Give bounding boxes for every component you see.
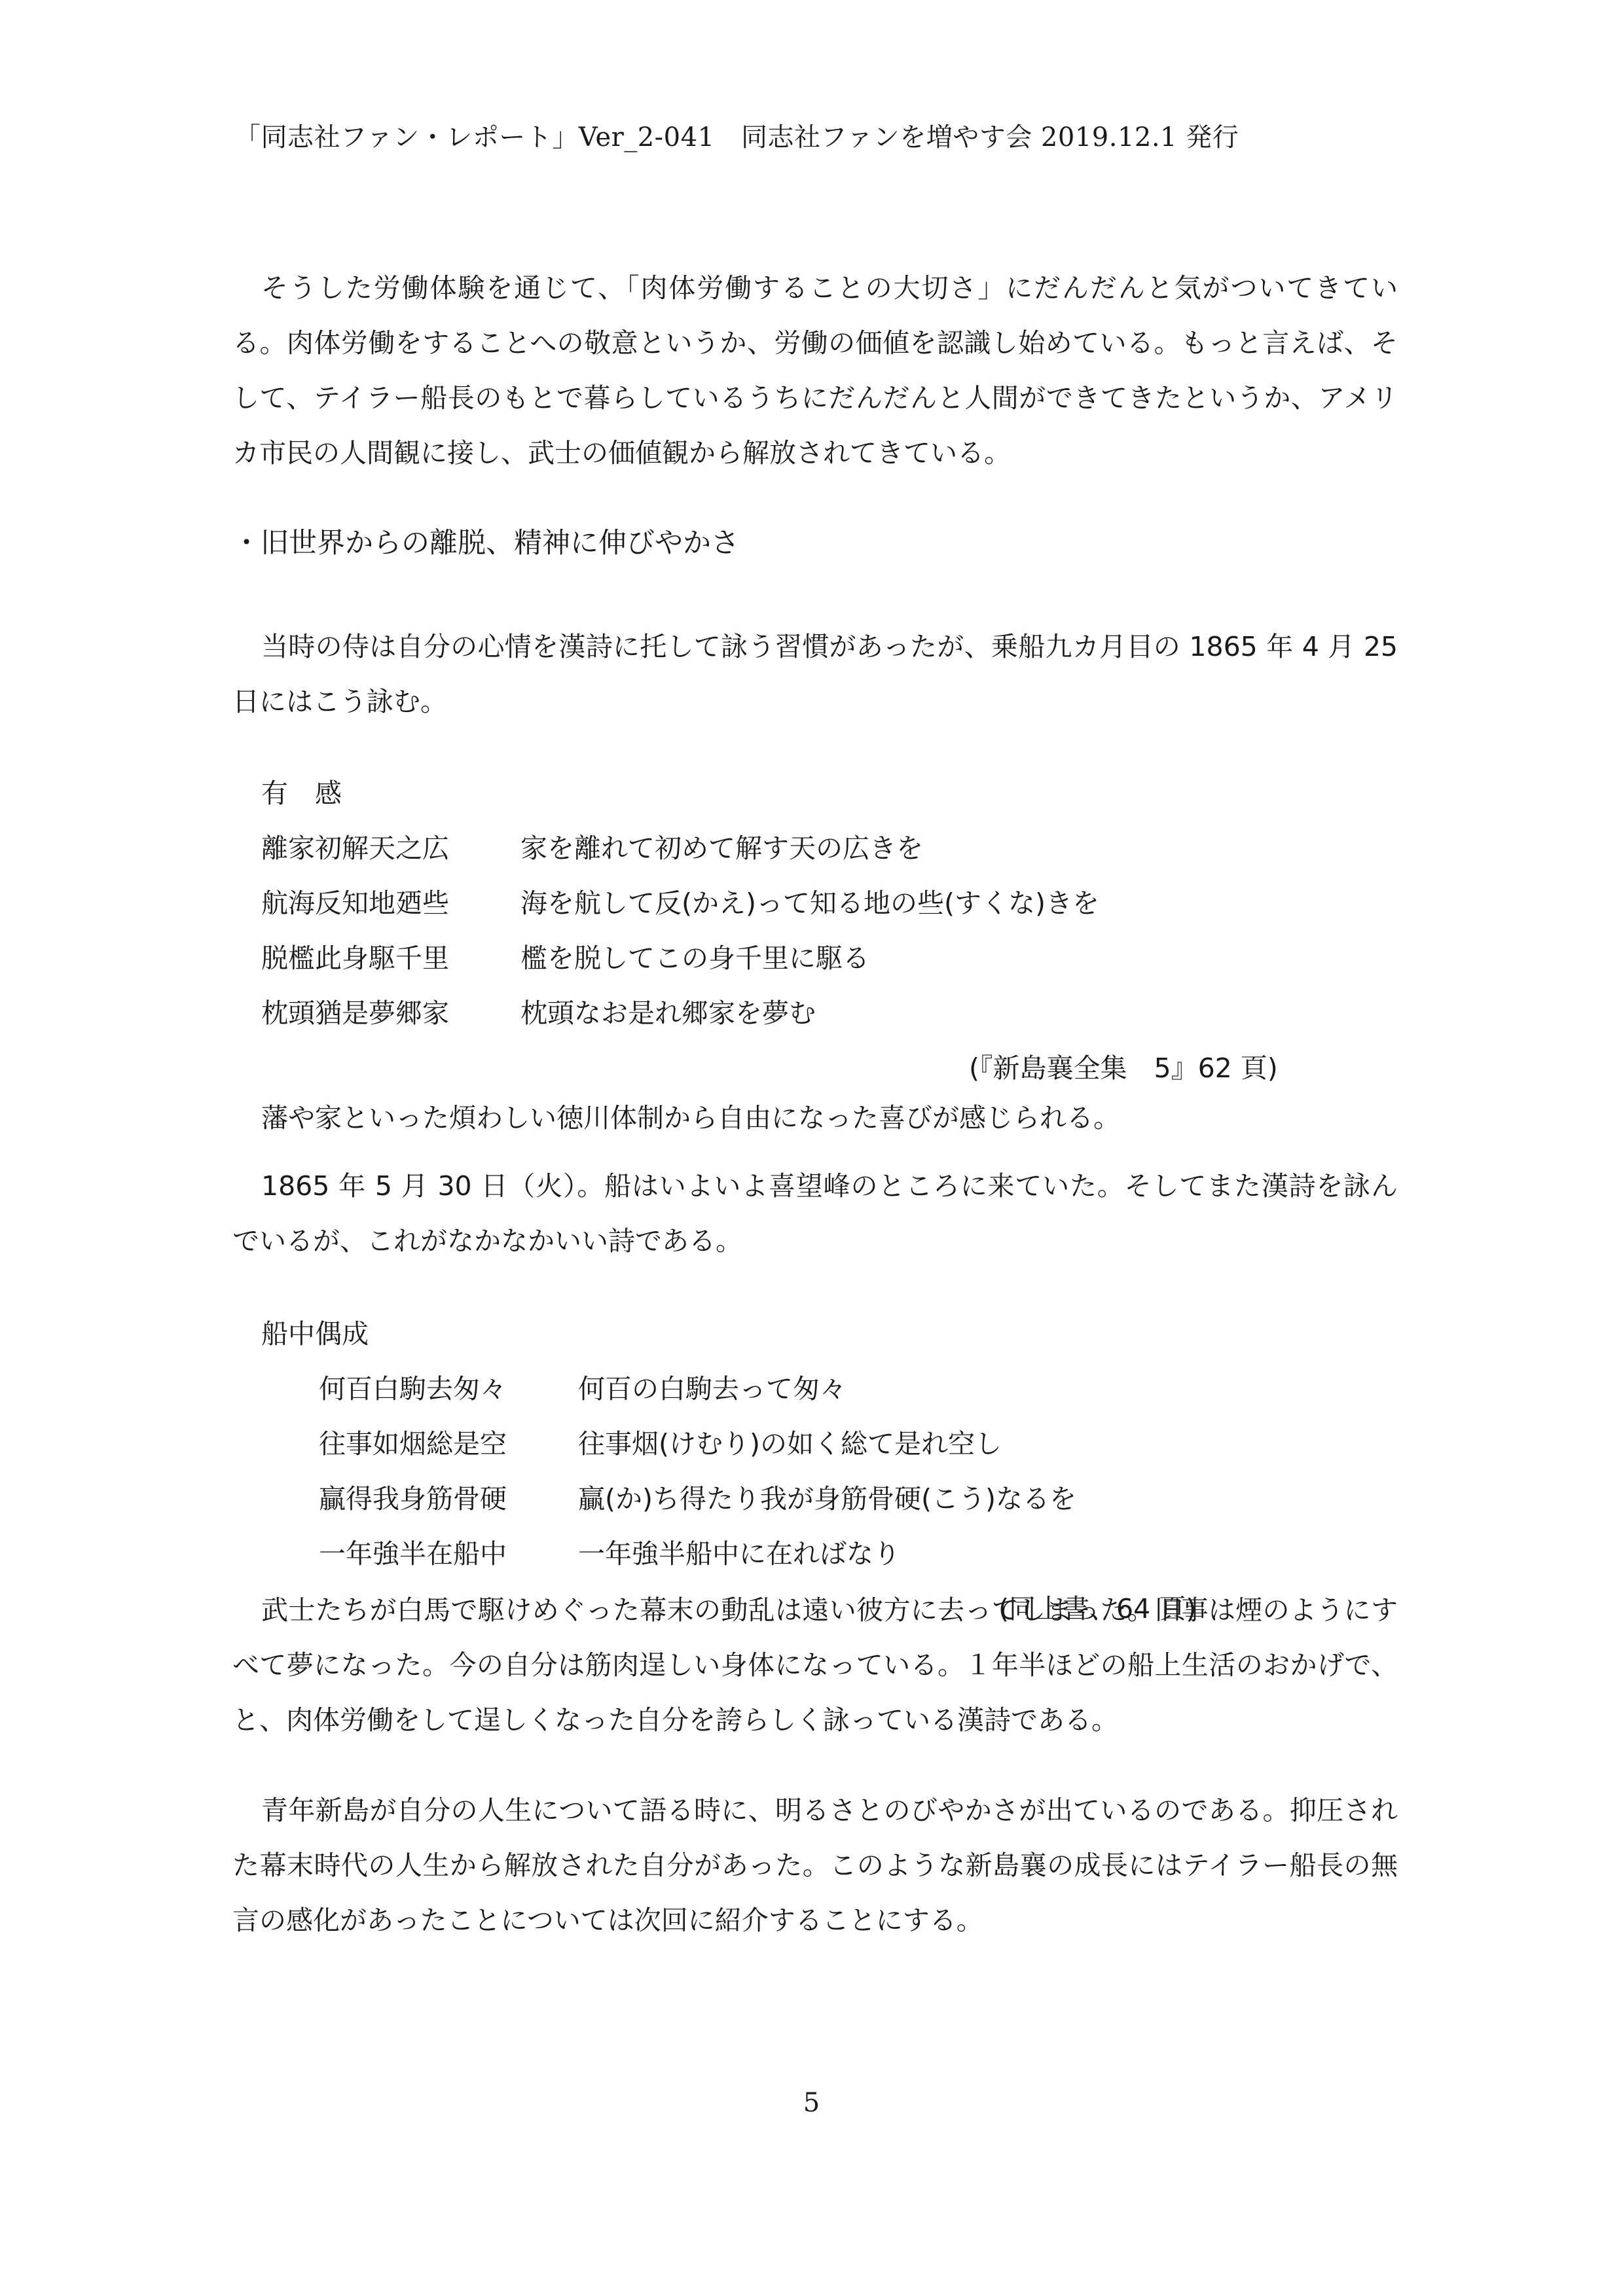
section-heading-block: ・旧世界からの離脱、精神に伸びやかさ — [232, 516, 1398, 571]
poem-line: 何百白駒去匆々 何百の白駒去って匆々 — [232, 1361, 1398, 1416]
poem-line: 往事如烟総是空 往事烟(けむり)の如く総て是れ空し — [232, 1416, 1398, 1471]
poem-kanbun: 一年強半在船中 — [319, 1526, 578, 1581]
poem-reading: 枕頭なお是れ郷家を夢む — [520, 986, 816, 1041]
poem-reading: 檻を脱してこの身千里に駆る — [520, 931, 869, 986]
poem-kanbun: 何百白駒去匆々 — [319, 1361, 578, 1416]
section-heading: ・旧世界からの離脱、精神に伸びやかさ — [232, 516, 1398, 571]
paragraph-conclusion: 青年新島が自分の人生について語る時に、明るさとのびやかさが出ているのである。抑圧… — [232, 1783, 1398, 1948]
poem-citation: (『新島襄全集 5』62 頁) — [232, 1041, 1398, 1096]
poem-line: 一年強半在船中 一年強半船中に在ればなり — [232, 1526, 1398, 1581]
poem-reading: 何百の白駒去って匆々 — [578, 1361, 847, 1416]
paragraph-freedom: 藩や家といった煩わしい徳川体制から自由になった喜びが感じられる。 — [232, 1090, 1398, 1145]
poem-title: 船中偶成 — [232, 1306, 1398, 1361]
paragraph-block-6: 青年新島が自分の人生について語る時に、明るさとのびやかさが出ているのである。抑圧… — [232, 1783, 1398, 1948]
paragraph-block-4: 1865 年 5 月 30 日（火）。船はいよいよ喜望峰のところに来ていた。そし… — [232, 1158, 1398, 1268]
paragraph-block-5: 武士たちが白馬で駆けめぐった幕末の動乱は遠い彼方に去ってしまった。旧事は煙のよう… — [232, 1583, 1398, 1748]
poem-kanbun: 航海反知地廼些 — [261, 876, 520, 931]
poem-reading: 一年強半船中に在ればなり — [578, 1526, 900, 1581]
paragraph-cape-of-good-hope: 1865 年 5 月 30 日（火）。船はいよいよ喜望峰のところに来ていた。そし… — [232, 1158, 1398, 1268]
paragraph-block-2: 当時の侍は自分の心情を漢詩に托して詠う習慣があったが、乗船九カ月目の 1865 … — [232, 619, 1398, 729]
poem-title: 有 感 — [232, 766, 1398, 821]
poem-reading: 海を航して反(かえ)って知る地の些(すくな)きを — [520, 876, 1099, 931]
page-number: 5 — [0, 2088, 1623, 2118]
poem-kanbun: 離家初解天之広 — [261, 821, 520, 876]
document-body: そうした労働体験を通じて、「肉体労働することの大切さ」にだんだんと気がついてきて… — [232, 260, 1398, 480]
paragraph-samurai-past: 武士たちが白馬で駆けめぐった幕末の動乱は遠い彼方に去ってしまった。旧事は煙のよう… — [232, 1583, 1398, 1748]
poem-line: 航海反知地廼些 海を航して反(かえ)って知る地の些(すくな)きを — [232, 876, 1398, 931]
poem-line: 贏得我身筋骨硬 贏(か)ち得たり我が身筋骨硬(こう)なるを — [232, 1471, 1398, 1526]
poem-reading: 贏(か)ち得たり我が身筋骨硬(こう)なるを — [578, 1471, 1076, 1526]
poem-kanbun: 脱檻此身駆千里 — [261, 931, 520, 986]
poem-line: 離家初解天之広 家を離れて初めて解す天の広きを — [232, 821, 1398, 876]
poem-kanbun: 枕頭猶是夢郷家 — [261, 986, 520, 1041]
document-header: 「同志社ファン・レポート」Ver_2-041 同志社ファンを増やす会 2019.… — [234, 117, 1413, 154]
poem-line: 脱檻此身駆千里 檻を脱してこの身千里に駆る — [232, 931, 1398, 986]
poem-reading: 家を離れて初めて解す天の広きを — [520, 821, 923, 876]
poem-yukan: 有 感 離家初解天之広 家を離れて初めて解す天の広きを 航海反知地廼些 海を航し… — [232, 766, 1398, 1145]
paragraph-poem-intro: 当時の侍は自分の心情を漢詩に托して詠う習慣があったが、乗船九カ月目の 1865 … — [232, 619, 1398, 729]
paragraph-labor-experience: そうした労働体験を通じて、「肉体労働することの大切さ」にだんだんと気がついてきて… — [232, 260, 1398, 480]
poem-line: 枕頭猶是夢郷家 枕頭なお是れ郷家を夢む — [232, 986, 1398, 1041]
poem-kanbun: 贏得我身筋骨硬 — [319, 1471, 578, 1526]
poem-reading: 往事烟(けむり)の如く総て是れ空し — [578, 1416, 1002, 1471]
poem-kanbun: 往事如烟総是空 — [319, 1416, 578, 1471]
